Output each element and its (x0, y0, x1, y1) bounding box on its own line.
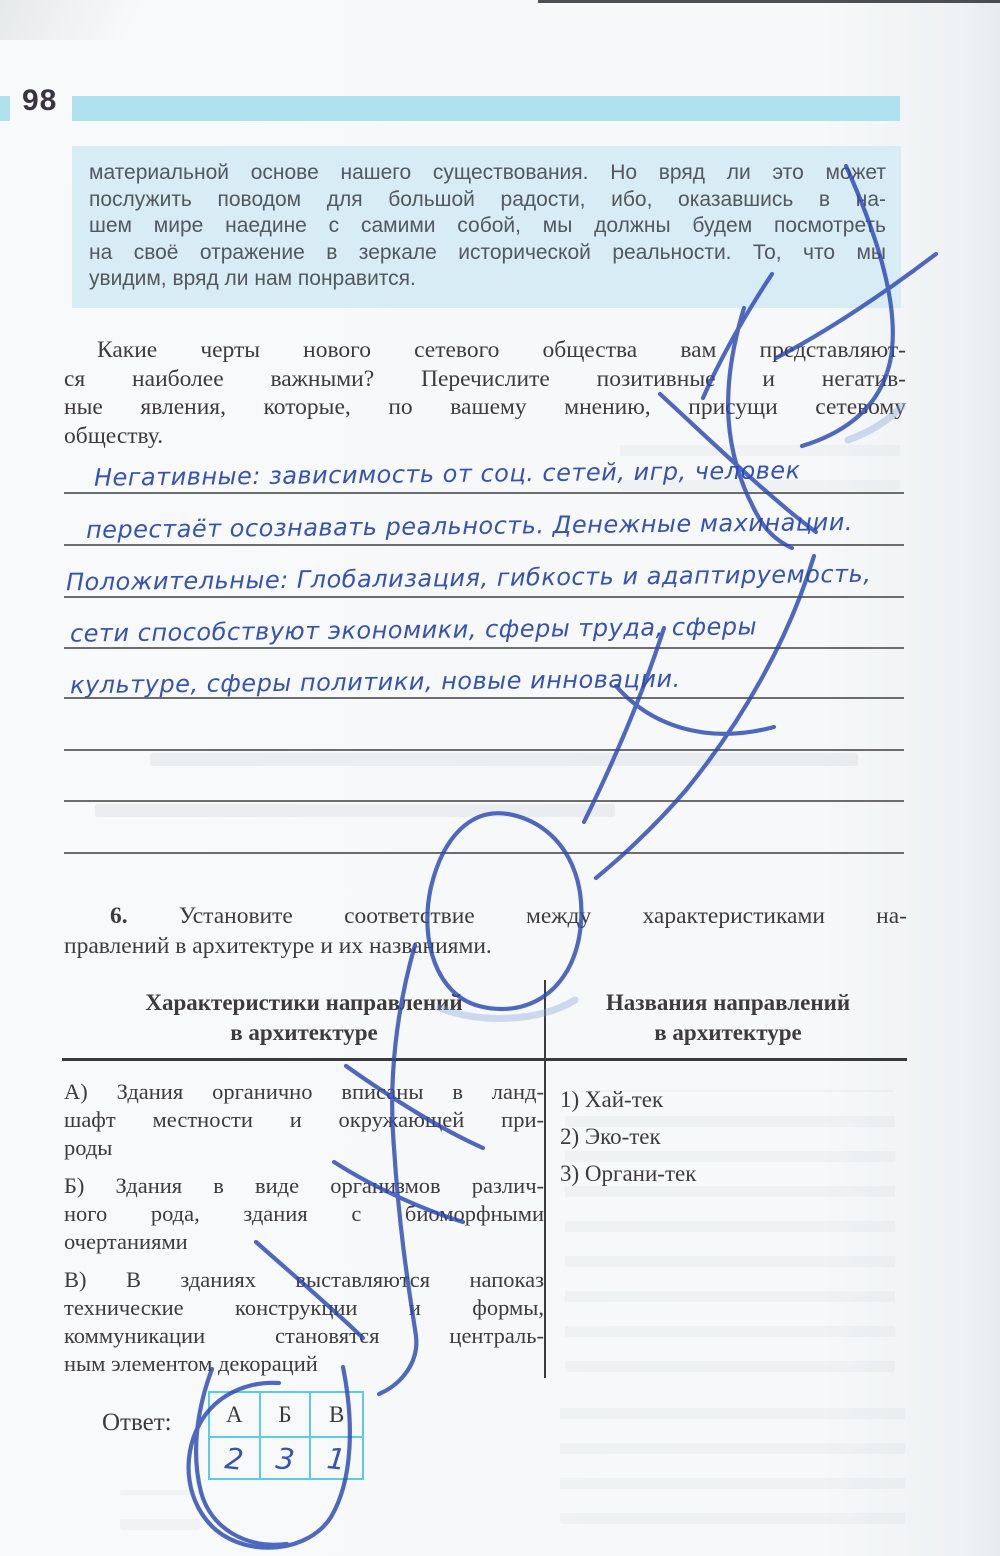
page-corner-shade (0, 0, 240, 40)
bleed-through-texture (95, 804, 615, 817)
match-item-label: Б) (64, 1173, 84, 1198)
answer-value-a: 2 (223, 1441, 245, 1477)
excerpt-line: послужить поводом для большой радости, и… (89, 187, 886, 214)
header-band (72, 96, 900, 121)
answer-column-header: А (210, 1393, 261, 1438)
answer-value-v: 1 (326, 1441, 348, 1477)
task6-prompt-line: правлений в архитектуре и их названиями. (64, 931, 907, 961)
match-item-line: коммуникации становятся централь- (64, 1322, 544, 1350)
question-line: обществу. (64, 422, 906, 451)
match-item-line: В зданиях выставляются напоказ (126, 1267, 544, 1292)
match-item-line: ного рода, здания с биоморфными (64, 1200, 544, 1228)
header-line: Названия направлений (556, 988, 900, 1018)
ruled-line (64, 544, 904, 546)
highlighted-excerpt: материальной основе нашего существования… (72, 146, 901, 308)
photo-top-edge (538, 0, 1000, 3)
header-line: в архитектуре (556, 1018, 900, 1048)
match-item-label: А) (64, 1079, 88, 1104)
handwritten-line: Положительные: Глобализация, гибкость и … (66, 560, 872, 596)
match-item-b: Б) Здания в виде организмов различ- ного… (64, 1172, 544, 1256)
match-option-1: 1) Хай-тек (560, 1081, 890, 1118)
match-item-line: роды (64, 1134, 544, 1162)
match-item-line: ным элементом декораций (64, 1350, 544, 1378)
match-item-a: А) Здания органично вписаны в ланд- шафт… (64, 1078, 544, 1162)
handwritten-line: культуре, сферы политики, новые инноваци… (70, 665, 681, 699)
ruled-line (64, 492, 904, 494)
answer-label: Ответ: (102, 1409, 172, 1437)
ruled-line (64, 852, 904, 854)
match-table-right-header: Названия направлений в архитектуре (556, 988, 900, 1048)
match-item-line: Здания органично вписаны в ланд- (117, 1079, 544, 1104)
match-item-line: Здания в виде организмов различ- (116, 1173, 544, 1198)
header-line: Характеристики направлений (88, 988, 520, 1018)
answer-column-header: Б (261, 1393, 312, 1438)
answer-table: А Б В 2 3 1 (208, 1391, 364, 1480)
bleed-through-texture (560, 1392, 905, 1524)
question-line: ные явления, которые, по вашему мнению, … (64, 393, 906, 422)
question-line: ся наиболее важными? Перечислите позитив… (64, 365, 906, 394)
bleed-through-texture (120, 1490, 200, 1530)
match-table-left-header: Характеристики направлений в архитектуре (88, 988, 520, 1048)
page-number: 98 (22, 84, 57, 118)
match-option-3: 3) Органи-тек (560, 1155, 890, 1192)
match-options: 1) Хай-тек 2) Эко-тек 3) Органи-тек (560, 1081, 890, 1192)
match-table-divider (544, 980, 546, 1378)
match-item-line: технические конструкции и формы, (64, 1294, 544, 1322)
workbook-page: 98 материальной основе нашего существова… (0, 0, 1000, 1556)
bleed-through-texture (150, 753, 858, 766)
match-item-line: очертаниями (64, 1228, 544, 1256)
answer-value-b: 3 (274, 1441, 296, 1477)
ruled-line (64, 647, 904, 649)
handwritten-line: перестаёт осознавать реальность. Денежны… (86, 508, 853, 544)
match-item-label: В) (64, 1267, 87, 1292)
header-line: в архитектуре (88, 1018, 520, 1048)
excerpt-line: шем мире наедине с самими собой, мы долж… (89, 213, 886, 240)
match-item-v: В) В зданиях выставляются напоказ технич… (64, 1266, 544, 1378)
excerpt-line: увидим, вряд ли нам понравится. (89, 266, 886, 293)
handwritten-line: сети способствуют экономики, сферы труда… (70, 612, 757, 647)
task6-prompt: 6. Установите соответствие между характе… (64, 901, 907, 961)
match-item-line: шафт местности и окружающей при- (64, 1106, 544, 1134)
excerpt-line: на своё отражение в зеркале исторической… (89, 240, 886, 267)
ruled-line (64, 596, 904, 598)
match-option-2: 2) Эко-тек (560, 1118, 890, 1155)
header-band-left (0, 96, 10, 121)
match-table-header-rule (62, 1058, 907, 1061)
ruled-line (64, 800, 904, 802)
task6-number: 6. (110, 903, 128, 929)
match-items: А) Здания органично вписаны в ланд- шафт… (64, 1078, 544, 1388)
task6-prompt-line: Установите соответствие между характерис… (179, 903, 907, 929)
question-line: Какие черты нового сетевого общества вам… (64, 336, 906, 365)
question-paragraph: Какие черты нового сетевого общества вам… (64, 336, 906, 450)
excerpt-line: материальной основе нашего существования… (89, 160, 886, 187)
answer-column-header: В (311, 1393, 362, 1438)
ruled-line (64, 749, 904, 751)
